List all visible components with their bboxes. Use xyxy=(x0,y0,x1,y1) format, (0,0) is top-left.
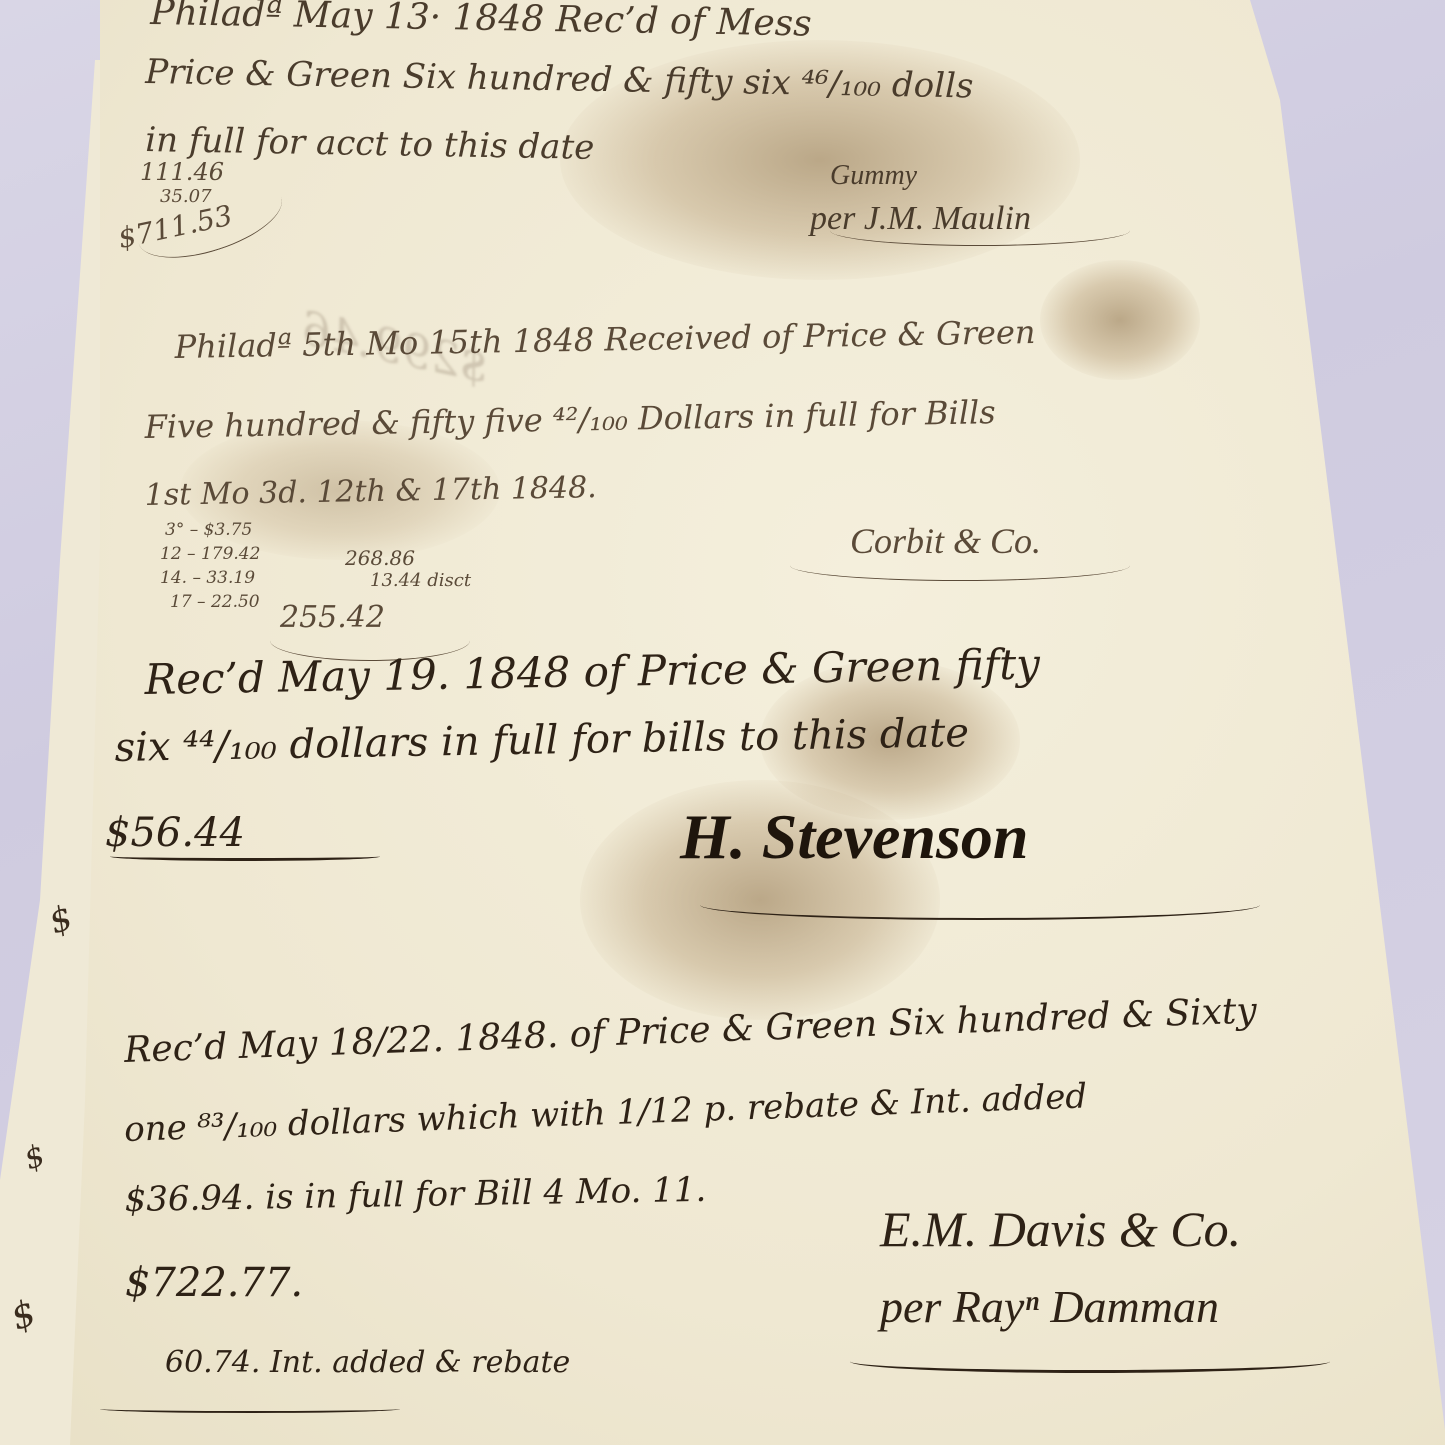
signature-underline xyxy=(790,550,1130,581)
calc-item: 3° – $3.75 xyxy=(165,520,252,540)
calc-underline xyxy=(100,1405,400,1413)
signature-underline xyxy=(850,1350,1330,1373)
signature-flourish xyxy=(830,215,1130,246)
calc-line-1: 111.46 xyxy=(140,158,224,186)
receipt-1-closing: Gummy xyxy=(830,160,917,192)
calc-item: 14. – 33.19 xyxy=(160,568,255,588)
receipt-4-signature: E.M. Davis & Co. xyxy=(880,1200,1241,1258)
calc-interest: 60.74. Int. added & rebate xyxy=(165,1345,570,1380)
calc-total: $722.77. xyxy=(125,1260,303,1306)
signature-flourish xyxy=(700,890,1260,920)
receipt-3-signature: H. Stevenson xyxy=(680,800,1028,874)
calc-item: 12 – 179.42 xyxy=(160,544,260,564)
calc-item: 17 – 22.50 xyxy=(170,592,260,612)
calc-discount: 13.44 disct xyxy=(370,570,471,591)
receipt-3-amount: $56.44 xyxy=(105,810,245,856)
calc-subtotal: 268.86 xyxy=(345,546,415,570)
amount-underline xyxy=(110,852,380,861)
receipt-4-signature-per: per Rayⁿ Damman xyxy=(880,1280,1219,1333)
